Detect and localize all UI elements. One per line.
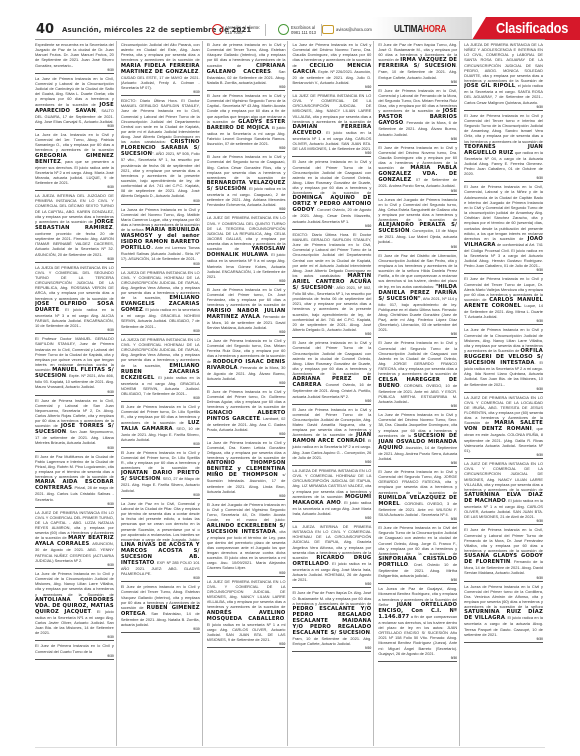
publication-code: 9/30 bbox=[292, 399, 371, 403]
publication-code: 9/30 bbox=[121, 329, 200, 333]
notice-text: El Juez de Primera Instancia en lo Civil… bbox=[35, 643, 114, 653]
notice-text: El Juez de Paz Multifueros de la Ciudad … bbox=[35, 454, 114, 480]
section-title: Clasificados bbox=[496, 20, 568, 37]
legal-notice: El Juez de Primera Instancia en lo Civil… bbox=[464, 526, 543, 581]
publication-code: 9/30 bbox=[121, 493, 200, 497]
phone-icon bbox=[212, 24, 223, 35]
publication-code: 9/30 bbox=[378, 245, 457, 249]
column-1: Expediente se encuentra en la Secretaría… bbox=[35, 41, 117, 746]
publication-code: 9/30 bbox=[292, 332, 371, 336]
legal-notice: El Juez de Primera Instancia en lo Civil… bbox=[378, 144, 457, 195]
whatsapp-icon bbox=[278, 24, 289, 35]
page-number: 40 bbox=[36, 22, 54, 37]
logo-text-hora: HORA bbox=[423, 24, 446, 35]
legal-notice: La Juez de Primera Instancia en lo Civil… bbox=[207, 337, 286, 387]
publication-code: 9/30 bbox=[35, 68, 114, 72]
publication-code: 9/30 bbox=[35, 257, 114, 261]
legal-notice: Expediente se encuentra en la Secretaría… bbox=[35, 41, 114, 74]
legal-notice: El Juez de primera instancia en lo Civil… bbox=[121, 583, 200, 633]
whatsapp-contact: Escríbinos al 0981 111 013 bbox=[278, 21, 322, 38]
notice-text-continued: , cita y emplaza por todo el término de … bbox=[207, 529, 286, 571]
notice-text-continued: ". AÑO 2021, Nº 505, Folio 57 vlto., Sec… bbox=[121, 151, 200, 198]
notice-text: El Juez de Primera Instancia en lo Civil… bbox=[464, 184, 543, 241]
publication-code: 9/30 bbox=[292, 151, 371, 155]
publication-code: 9/30 bbox=[292, 582, 371, 586]
legal-notice: El Juez de Primera Instancia en lo Civil… bbox=[207, 388, 286, 438]
publication-code: 9/30 bbox=[121, 262, 200, 266]
mail-icon bbox=[322, 25, 334, 34]
legal-notice: LA JUEZA INTERINA DE PRIMERA INSTANCIA E… bbox=[292, 523, 371, 588]
legal-notice: La Jueza de Paz de Guajayví, Abog. Monse… bbox=[378, 585, 457, 662]
legal-notice: El Juez de Primera Instancia en lo Civil… bbox=[378, 468, 457, 523]
decedent-name: PEDRO ESCALANTE Y/O PEDRO REGALADO ESCAL… bbox=[292, 606, 371, 636]
publication-code: 9/30 bbox=[378, 578, 457, 582]
publication-code: 9/30 bbox=[207, 642, 286, 646]
notice-text: La Jueza de Primera Instancia en lo Civi… bbox=[464, 584, 543, 610]
notice-text: El Juez de Primera Instancia en lo Civil… bbox=[207, 154, 286, 180]
legal-notice: LA JUEZA INTERINA DEL JUZGADO DE PRIMERA… bbox=[35, 192, 114, 263]
legal-notice: LA JUEZA DE PRIMERA INSTANCIA EN LO CIVI… bbox=[121, 336, 200, 402]
publication-code: 9/30 bbox=[292, 224, 371, 228]
notice-text: El Juez de Primera Instancia en lo Civil… bbox=[378, 340, 457, 376]
legal-notice: El Juez de Primera Instancia en lo Civil… bbox=[464, 183, 543, 274]
publication-code: 9/30 bbox=[121, 627, 200, 631]
legal-notice: El Juez de Primera Instancia en lo Civil… bbox=[378, 339, 457, 410]
publication-code: 9/30 bbox=[35, 635, 114, 639]
notice-text: El Juez de Primera Instancia en lo Civil… bbox=[207, 287, 286, 307]
publication-code: 9/30 bbox=[378, 137, 457, 141]
legal-notice: La Juez de Primera Instancia en lo Civil… bbox=[292, 41, 371, 91]
publication-code: 9/30 bbox=[35, 563, 114, 567]
legal-notice: El Profesor Doctor MANUEL GERALDO SAIFIL… bbox=[35, 335, 114, 395]
publication-code: 9/30 bbox=[207, 85, 286, 89]
notice-text: LA JUEZ DE PRIMERA INSTANCIA EN LO CIVIL… bbox=[464, 461, 543, 492]
legal-notice: La Jueza de Primera Instancia en lo Civi… bbox=[121, 206, 200, 268]
publication-code: 9/30 bbox=[207, 330, 286, 334]
notice-text: La Juez de Primera Instancia en lo Civil… bbox=[35, 571, 114, 597]
publication-code: 9/30 bbox=[121, 90, 200, 94]
legal-notice: La Jueza del Juzgado de Primera Instanci… bbox=[378, 196, 457, 251]
publication-code: 9/30 bbox=[121, 442, 200, 446]
publication-code: 9/30 bbox=[207, 279, 286, 283]
legal-notice: LA JUEZ DE PRIMERA INSTANCIA EN LO CIVIL… bbox=[464, 460, 543, 525]
decedent-name: ANDRÉS AVELINO MOSQUEDA CABALLERO bbox=[207, 610, 286, 622]
notice-text: El Juez de Paz de Fram Itapúa Dr. Abg. J… bbox=[292, 590, 371, 605]
legal-notice: El Juez de Paz del Distrito de Liberació… bbox=[378, 252, 457, 339]
notice-text: El Juez de Primera Instancia en lo Civil… bbox=[121, 450, 200, 470]
legal-notice: El Juez de Primera Instancia en lo Civil… bbox=[292, 406, 371, 466]
legal-notice: LA JUEZ DE PRIMERA INSTANCIA EN LO CIVIL… bbox=[207, 578, 286, 649]
publication-code: 9/30 bbox=[35, 124, 114, 128]
notice-text: El Juez de Primera Instancia en lo Civil… bbox=[378, 469, 457, 495]
notice-text-continued: , Año 2021, Nº 114 y folio 017, bajo ape… bbox=[378, 296, 457, 333]
notice-text: El Juez de primera instancia en lo Civil… bbox=[292, 340, 371, 376]
customer-service-contact: Atención al cliente: 415 7000 bbox=[212, 21, 266, 38]
legal-notice: El Juez de Primera Instancia en lo Civil… bbox=[464, 275, 543, 325]
publication-code: 9/30 bbox=[464, 637, 543, 641]
legal-notice: La Juez de Primera Instancia en lo Civil… bbox=[35, 75, 114, 130]
publication-code: 9/30 bbox=[121, 576, 200, 580]
notice-text: El Juez del Juzgado de Primera Instancia… bbox=[207, 502, 286, 522]
legal-notice: LA JUEZ DE PRIMERA INSTANCIA EN LO CIVIL… bbox=[464, 394, 543, 459]
notice-text: LA JUEZA DE PRIMERA INSTANCIA EN LO CIVI… bbox=[35, 265, 114, 301]
publication-code: 9/30 bbox=[35, 502, 114, 506]
notice-text: La Jueza del Juzgado de Primera Instanci… bbox=[378, 197, 457, 223]
publication-code: 9/30 bbox=[464, 319, 543, 323]
legal-notice: EDICTO: Diario Última Hora. El Doctor MA… bbox=[121, 97, 200, 205]
legal-notice: El Juez de Primera Instancia en lo Civil… bbox=[378, 524, 457, 584]
legal-notice: El Juez de Primera Instancia en lo Civil… bbox=[464, 112, 543, 183]
publication-code: 9/30 bbox=[207, 494, 286, 498]
publication-code: 9/30 bbox=[378, 80, 457, 84]
publication-code: 9/30 bbox=[35, 654, 114, 658]
legal-notice: La Juez de Primera Instancia en lo Civil… bbox=[464, 326, 543, 392]
legal-notice: El Juez de Primera Instancia en lo Civil… bbox=[121, 449, 200, 499]
notice-text: El Juez de primera Instancia en lo Civil… bbox=[292, 159, 371, 195]
publication-code: 9/30 bbox=[292, 85, 371, 89]
ultimahora-logo: ULTIMAHORA bbox=[394, 24, 446, 35]
legal-notice: EDICTO: Diario Última Hora. El Doctor MA… bbox=[292, 231, 371, 339]
publication-code: 9/30 bbox=[207, 146, 286, 150]
legal-notice: El Juez de Primera Instancia en lo Civil… bbox=[35, 397, 114, 452]
legal-notice: El Juez de Paz Multifueros de la Ciudad … bbox=[35, 453, 114, 508]
brand-banner: ULTIMAHORA Clasificados bbox=[372, 17, 580, 40]
legal-notice: Circunscripción Judicial del Alto Paraná… bbox=[121, 41, 200, 96]
publication-code: 9/30 bbox=[207, 432, 286, 436]
publication-code: 9/30 bbox=[464, 519, 543, 523]
legal-notice: La Juez de Paz en lo Civil, Comercial y … bbox=[121, 500, 200, 583]
legal-notice: La Jueza de Primera Instancia en lo Civi… bbox=[464, 583, 543, 643]
legal-notice: El Juez de Primera Instancia en lo Civil… bbox=[207, 286, 286, 336]
legal-notice: La Juez de Primera Instancia en lo Civil… bbox=[207, 439, 286, 500]
legal-notice: El Juez de primera Instancia en lo Civil… bbox=[292, 158, 371, 229]
publication-code: 9/30 bbox=[121, 199, 200, 203]
page-header: 40 Asunción, miércoles 22 de septiembre … bbox=[0, 0, 580, 40]
publication-code: 9/30 bbox=[292, 516, 371, 520]
publication-code: 9/30 bbox=[292, 646, 371, 650]
logo-background: ULTIMAHORA bbox=[372, 17, 472, 40]
column-2: Circunscripción Judicial del Alto Paraná… bbox=[121, 41, 203, 746]
publication-code: 9/30 bbox=[464, 105, 543, 109]
legal-notice: LA JUEZ DE PRIMERA INSTANCIA EN LO CIVIL… bbox=[35, 509, 114, 569]
publication-code: 9/30 bbox=[464, 576, 543, 580]
notice-text: LA JUEZA DE PRIMERA INSTANCIA DE LA NIÑE… bbox=[464, 42, 543, 83]
legal-notice: El Juez de Primera Instancia en lo Civil… bbox=[35, 642, 114, 659]
legal-notice: El Juez de Paz de Fram Itapúa Turno, Abg… bbox=[378, 41, 457, 86]
publication-code: 9/30 bbox=[464, 387, 543, 391]
publication-code: 9/30 bbox=[292, 460, 371, 464]
publication-code: 9/30 bbox=[378, 404, 457, 408]
legal-notice: LA JUEZA DE PRIMERA INSTANCIA EN LO CIVI… bbox=[121, 269, 200, 335]
logo-text-ultima: ULTIMA bbox=[394, 24, 423, 35]
legal-notice: LA JUEZ DE PRIMERA INSTANCIA EN LO CIVIL… bbox=[292, 92, 371, 157]
column-6: LA JUEZA DE PRIMERA INSTANCIA DE LA NIÑE… bbox=[464, 41, 545, 746]
decedent-name: ANTONIO THOMPSON BENITEZ y CLEMENTINA MI… bbox=[207, 460, 286, 478]
legal-notice: El Juez de Primera Instancia en lo Civil… bbox=[378, 87, 457, 143]
legal-notice: LA JUEZA DE PRIMERA INSTANCIA EN LO CIVI… bbox=[35, 264, 114, 335]
notice-text: La Juez de Paz en lo Civil, Comercial y … bbox=[121, 501, 200, 542]
legal-notice: LA JUEZ DE PRIMERA INSTANCIA EN LO CIVIL… bbox=[207, 214, 286, 285]
whatsapp-text: Escríbinos al 0981 111 013 bbox=[291, 25, 316, 35]
legal-notice: El Juez de Primera Instancia en lo Civil… bbox=[207, 153, 286, 213]
legal-notice: El Juez de Primera Instancia en lo Civil… bbox=[121, 403, 200, 448]
customer-service-text: Atención al cliente: 415 7000 bbox=[225, 25, 260, 35]
section-tab: Clasificados bbox=[472, 17, 580, 40]
notice-text: LA JUEZ DE PRIMERA INSTANCIA EN LO CIVIL… bbox=[292, 93, 371, 124]
notice-text: La Juez de 1ra. Instancia en lo Civil y … bbox=[35, 132, 114, 152]
column-3: El Juez de primera instancia en lo Civil… bbox=[207, 41, 289, 746]
notice-text: El Juez de Primera Instancia en lo Civil… bbox=[464, 527, 543, 553]
publication-code: 9/30 bbox=[464, 176, 543, 180]
publication-code: 9/30 bbox=[378, 332, 457, 336]
legal-notice: El Juez de primera instancia en lo Civil… bbox=[207, 41, 286, 91]
notice-text-continued: a fin de que comparezcan a reclamar sus … bbox=[378, 614, 457, 656]
notice-text: La Juez de Primera Instancia en lo Civil… bbox=[207, 440, 286, 460]
notice-text: Expediente se encuentra en la Secretaría… bbox=[35, 42, 114, 68]
legal-notice: LA JUEZA DE PRIMERA INSTANCIA EN LO CIVI… bbox=[292, 467, 371, 522]
legal-notice: La Juez de Primera Instancia en lo Civil… bbox=[35, 570, 114, 641]
legal-notice: El Juez de Primera Instancia en lo Civil… bbox=[207, 92, 286, 152]
publication-code: 9/30 bbox=[207, 571, 286, 575]
publication-code: 9/30 bbox=[378, 189, 457, 193]
column-5: El Juez de Paz de Fram Itapúa Turno, Abg… bbox=[378, 41, 460, 746]
publication-code: 9/30 bbox=[378, 517, 457, 521]
notice-text: El Juez de Primera Instancia en lo Civil… bbox=[378, 525, 457, 556]
publication-code: 9/30 bbox=[207, 381, 286, 385]
notice-text: Circunscripción Judicial del Alto Paraná… bbox=[121, 42, 200, 62]
publication-code: 9/30 bbox=[35, 446, 114, 450]
publication-code: 9/30 bbox=[464, 453, 543, 457]
notice-text: El Juez de Primera Instancia en lo Civil… bbox=[207, 389, 286, 409]
divider bbox=[265, 24, 266, 36]
notice-text: LA JUEZ DE PRIMERA INSTANCIA EN LO CIVIL… bbox=[207, 579, 286, 610]
legal-notice: La Juez de 1ra. Instancia en lo Civil y … bbox=[35, 131, 114, 191]
publication-code: 9/30 bbox=[121, 396, 200, 400]
legal-notice: LA JUEZA DE PRIMERA INSTANCIA DE LA NIÑE… bbox=[464, 41, 543, 111]
legal-notice: La Juez de Primera Instancia en lo Civil… bbox=[378, 411, 457, 467]
legal-notice: El Juez de Paz de Fram Itapúa Dr. Abg. J… bbox=[292, 589, 371, 652]
legal-notice: El Juez de primera instancia en lo Civil… bbox=[292, 339, 371, 404]
legal-notice: El Juez del Juzgado de Primera Instancia… bbox=[207, 501, 286, 577]
classifieds-columns: Expediente se encuentra en la Secretaría… bbox=[35, 41, 545, 746]
decedent-name: MARIA FIDELA FERREIRA MARTINEZ DE GONZAL… bbox=[121, 63, 200, 75]
decedent-name: ARLINDO ECKERLEBEN S/ SUCESION INTESTADA bbox=[207, 523, 286, 535]
notice-text: EDICTO: Diario Última Hora. El Doctor MA… bbox=[292, 232, 371, 278]
notice-text-continued: ". AÑO 2021, Nº 502, Folio 58 vlto., Sec… bbox=[292, 285, 371, 332]
publication-code: 9/30 bbox=[378, 656, 457, 660]
column-4: La Juez de Primera Instancia en lo Civil… bbox=[292, 41, 374, 746]
publication-code: 9/30 bbox=[464, 268, 543, 272]
publication-code: 9/30 bbox=[378, 461, 457, 465]
publication-code: 9/30 bbox=[35, 185, 114, 189]
publication-code: 9/30 bbox=[35, 390, 114, 394]
footer-rule bbox=[35, 747, 545, 748]
notice-text: El Juez de Primera Instancia en lo Civil… bbox=[464, 113, 543, 144]
publication-code: 9/30 bbox=[207, 207, 286, 211]
header-rule bbox=[35, 39, 545, 40]
publication-code: 9/30 bbox=[35, 328, 114, 332]
notice-text: EDICTO: Diario Última Hora. El Doctor MA… bbox=[121, 98, 200, 144]
